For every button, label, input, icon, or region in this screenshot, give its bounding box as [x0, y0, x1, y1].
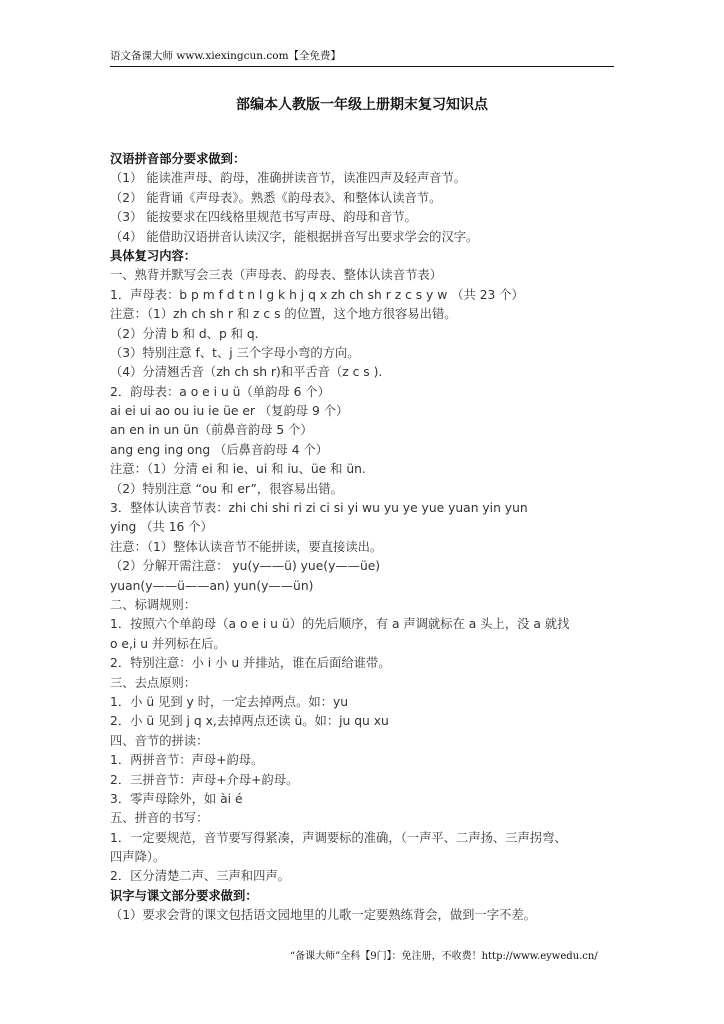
text-line: 五、拼音的书写： [110, 809, 630, 828]
section-heading: 汉语拼音部分要求做到： [110, 150, 630, 169]
text-line: 一、熟背并默写会三表（声母表、韵母表、整体认读音节表） [110, 266, 630, 285]
text-line: 2．三拼音节：声母+介母+韵母。 [110, 771, 630, 790]
document-body: 汉语拼音部分要求做到： （1） 能读准声母、韵母，准确拼读音节，读准四声及轻声音… [110, 150, 630, 926]
document-title: 部编本人教版一年级上册期末复习知识点 [0, 94, 724, 114]
text-line: ang eng ing ong （后鼻音韵母 4 个） [110, 441, 630, 460]
text-line: （3）特别注意 f、t、j 三个字母小弯的方向。 [110, 344, 630, 363]
text-line: （2） 能背诵《声母表》。熟悉《韵母表》、和整体认读音节。 [110, 189, 630, 208]
text-line: yuan(y——ü——an) yun(y——ün) [110, 577, 630, 596]
text-line: o e,i u 并列标在后。 [110, 635, 630, 654]
text-line: 2．区分清楚二声、三声和四声。 [110, 867, 630, 886]
section-heading: 具体复习内容： [110, 247, 630, 266]
text-line: （3） 能按要求在四线格里规范书写声母、韵母和音节。 [110, 208, 630, 227]
text-line: （4）分清翘舌音（zh ch sh r)和平舌音（z c s ). [110, 363, 630, 382]
text-line: 1．按照六个单韵母（a o e i u ü）的先后顺序，有 a 声调就标在 a … [110, 615, 630, 634]
text-line: 注意：（1）zh ch sh r 和 z c s 的位置，这个地方很容易出错。 [110, 305, 630, 324]
text-line: 2．韵母表：a o e i u ü（单韵母 6 个） [110, 383, 630, 402]
text-line: 三、去点原则： [110, 674, 630, 693]
text-line: ai ei ui ao ou iu ie üe er （复韵母 9 个） [110, 402, 630, 421]
text-line: 1．声母表：b p m f d t n l g k h j q x zh ch … [110, 286, 630, 305]
text-line: 四、音节的拼读： [110, 732, 630, 751]
section-heading: 识字与课文部分要求做到： [110, 887, 630, 906]
text-line: 1．两拼音节：声母+韵母。 [110, 751, 630, 770]
text-line: 1．一定要规范，音节要写得紧凑，声调要标的准确，（一声平、二声扬、三声拐弯、 [110, 829, 630, 848]
text-line: 注意：（1）整体认读音节不能拼读，要直接读出。 [110, 538, 630, 557]
text-line: 3．零声母除外，如 ài é [110, 790, 630, 809]
text-line: 二、标调规则： [110, 596, 630, 615]
text-line: 2．特别注意：小 i 小 u 并排站，谁在后面给谁带。 [110, 654, 630, 673]
text-line: 四声降）。 [110, 848, 630, 867]
page-footer: “备课大师”全科【9门】：免注册，不收费！http://www.eywedu.c… [290, 947, 598, 962]
text-line: （2）特别注意 “ou 和 er”，很容易出错。 [110, 480, 630, 499]
text-line: 2．小 ü 见到 j q x,去掉两点还读 ü。如：ju qu xu [110, 712, 630, 731]
text-line: （1）要求会背的课文包括语文园地里的儿歌一定要熟练背会，做到一字不差。 [110, 906, 630, 925]
text-line: an en in un ün（前鼻音韵母 5 个） [110, 421, 630, 440]
text-line: 注意：（1）分清 ei 和 ie、ui 和 iu、üe 和 ün. [110, 460, 630, 479]
text-line: （4） 能借助汉语拼音认读汉字，能根据拼音写出要求学会的汉字。 [110, 228, 630, 247]
text-line: ying （共 16 个） [110, 518, 630, 537]
text-line: （2）分解开需注意： yu(y——ü) yue(y——üe) [110, 557, 630, 576]
text-line: （1） 能读准声母、韵母，准确拼读音节，读准四声及轻声音节。 [110, 169, 630, 188]
text-line: 3．整体认读音节表：zhi chi shi ri zi ci si yi wu … [110, 499, 630, 518]
page-header: 语文备课大师 www.xiexingcun.com【全免费】 [110, 48, 614, 67]
text-line: 1．小 ü 见到 y 时，一定去掉两点。如：yu [110, 693, 630, 712]
text-line: （2）分清 b 和 d、p 和 q. [110, 325, 630, 344]
